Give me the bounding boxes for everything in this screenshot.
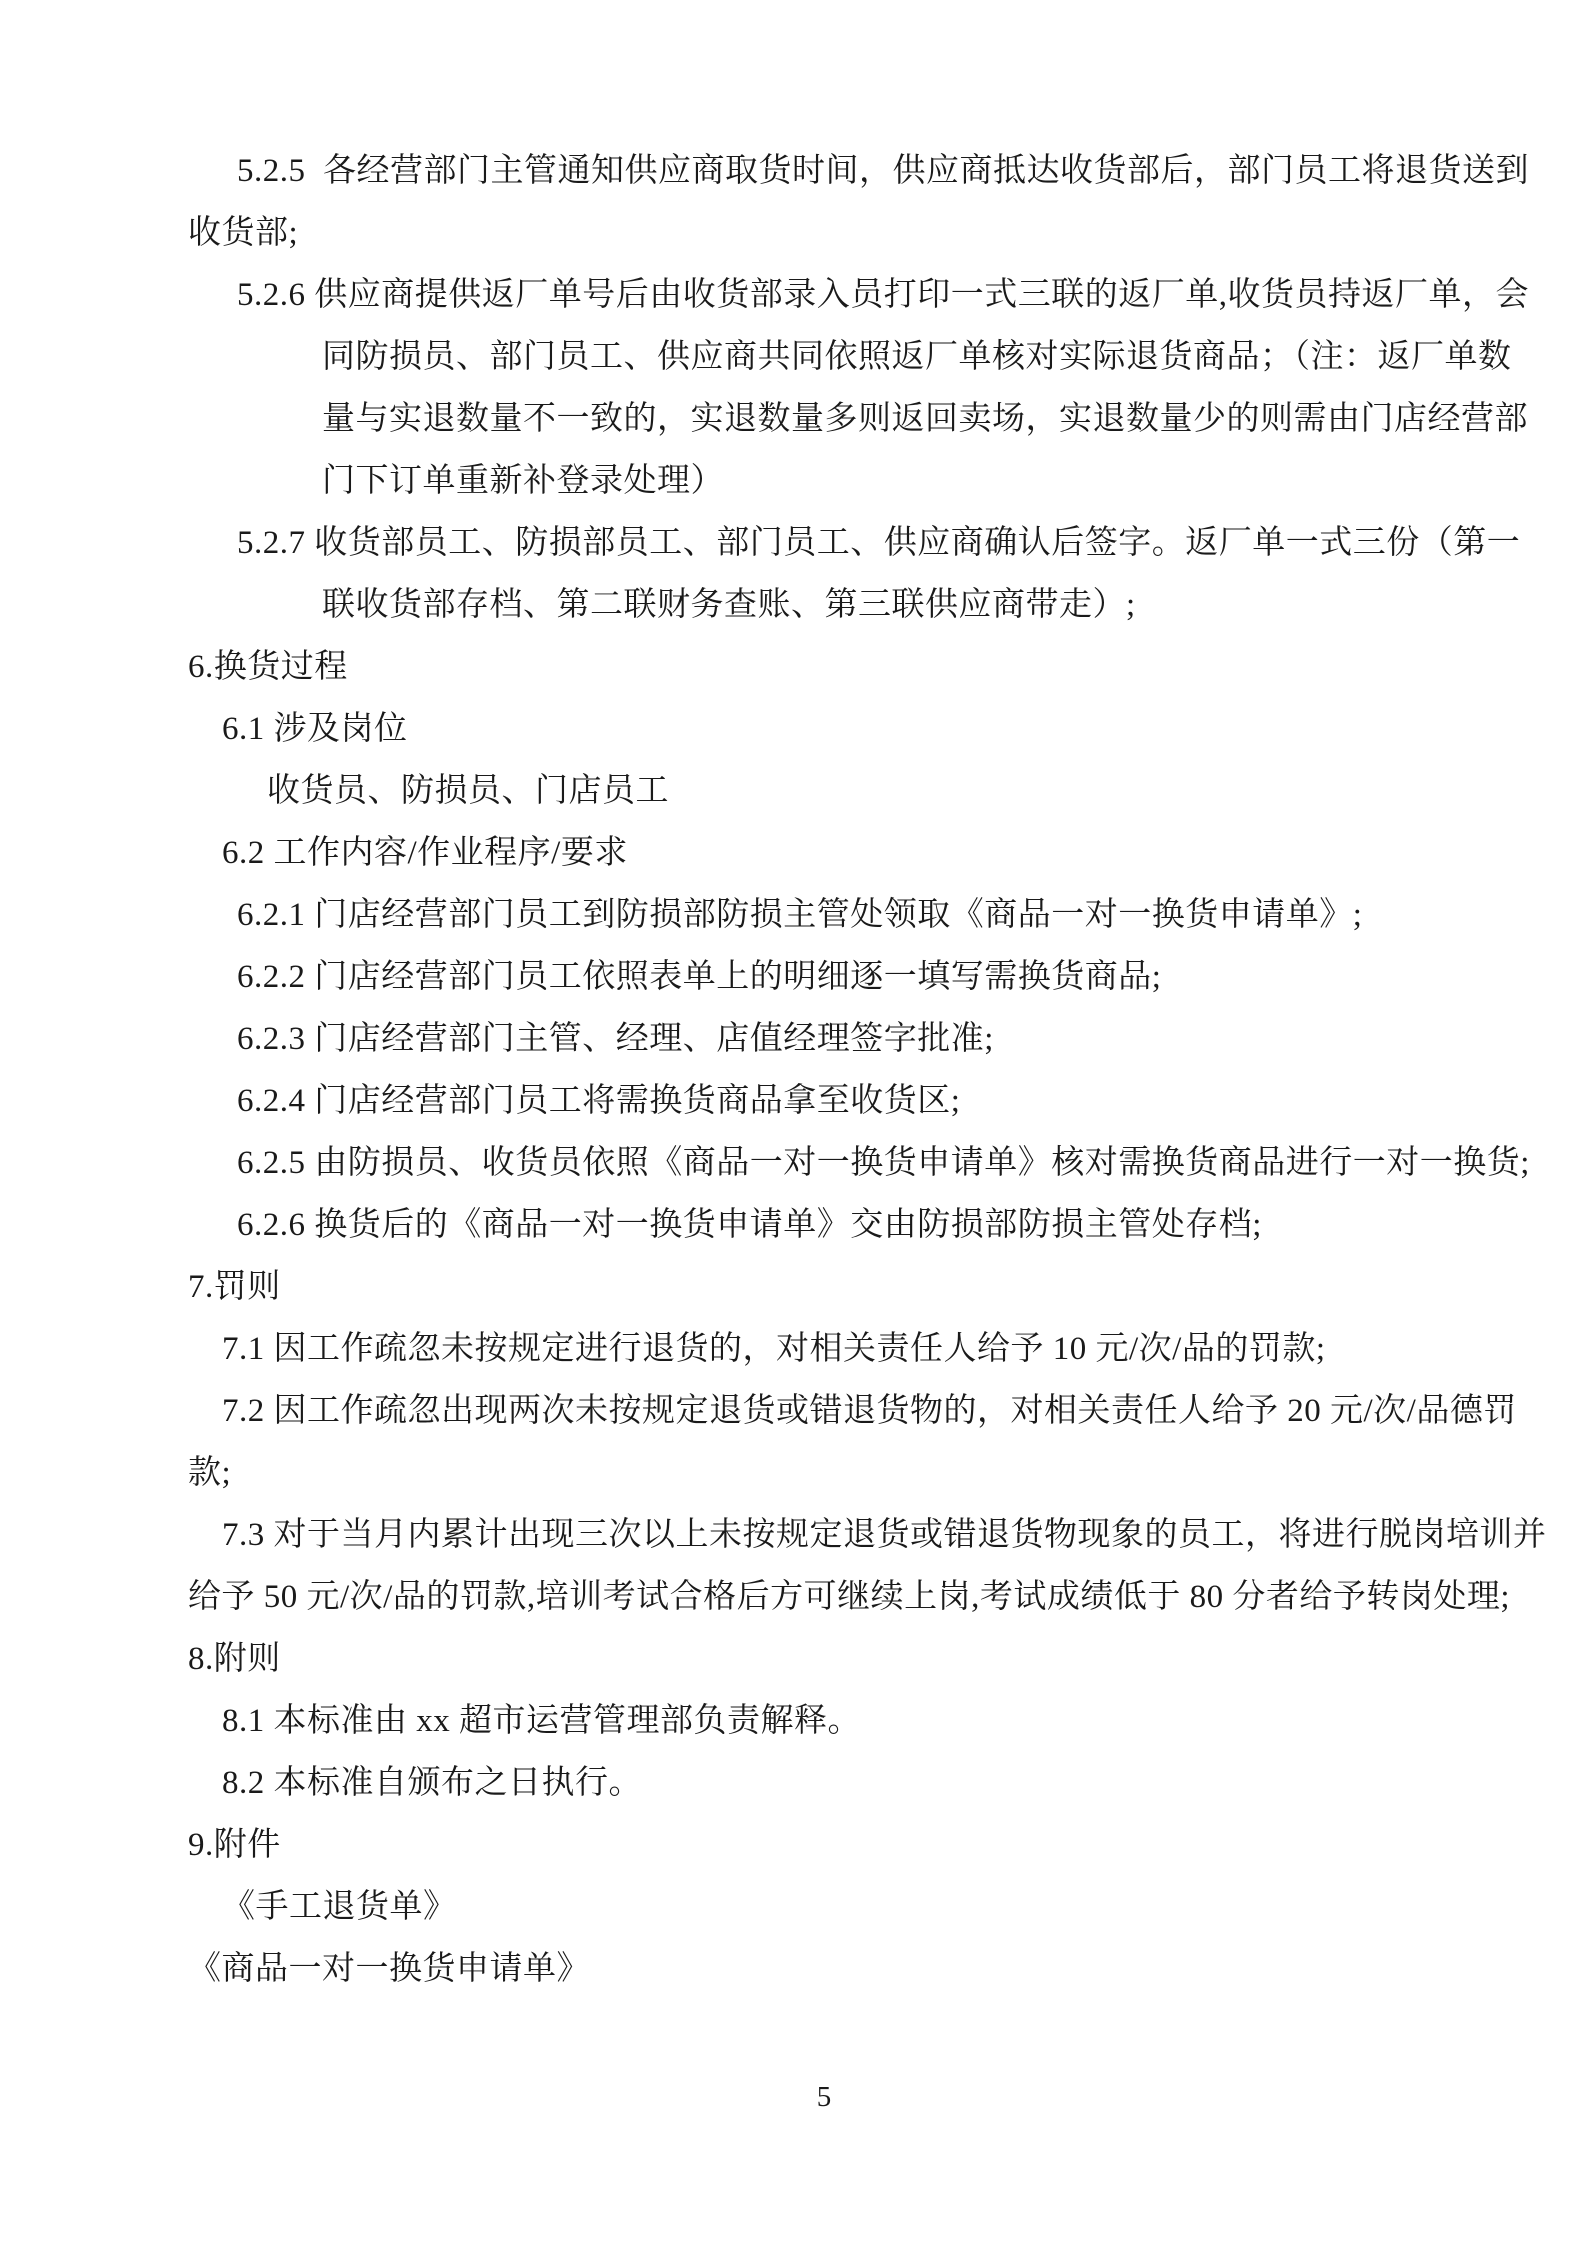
page-number: 5 bbox=[188, 2066, 1460, 2128]
line-5-2-6-cont-2: 量与实退数量不一致的，实退数量多则返回卖场，实退数量少的则需由门店经营部 bbox=[188, 388, 1460, 450]
line-8-1: 8.1 本标准由 xx 超市运营管理部负责解释。 bbox=[188, 1690, 1460, 1752]
line-6-2-3: 6.2.3 门店经营部门主管、经理、店值经理签字批准; bbox=[188, 1008, 1460, 1070]
line-8-2: 8.2 本标准自颁布之日执行。 bbox=[188, 1752, 1460, 1814]
line-5-2-6: 5.2.6 供应商提供返厂单号后由收货部录入员打印一式三联的返厂单,收货员持返厂… bbox=[188, 264, 1460, 326]
line-6-2-1: 6.2.1 门店经营部门员工到防损部防损主管处领取《商品一对一换货申请单》; bbox=[188, 884, 1460, 946]
heading-6-exchange-process: 6.换货过程 bbox=[188, 636, 1460, 698]
attachment-exchange-request-form: 《商品一对一换货申请单》 bbox=[188, 1938, 1460, 2000]
heading-6-2-work-content: 6.2 工作内容/作业程序/要求 bbox=[188, 822, 1460, 884]
document-body: 5.2.5 各经营部门主管通知供应商取货时间，供应商抵达收货部后，部门员工将退货… bbox=[188, 140, 1460, 2000]
line-5-2-5-cont: 收货部; bbox=[188, 202, 1460, 264]
document-page: 5.2.5 各经营部门主管通知供应商取货时间，供应商抵达收货部后，部门员工将退货… bbox=[0, 0, 1587, 2245]
line-6-2-4: 6.2.4 门店经营部门员工将需换货商品拿至收货区; bbox=[188, 1070, 1460, 1132]
attachment-manual-return-form: 《手工退货单》 bbox=[188, 1876, 1460, 1938]
heading-6-1-roles: 6.1 涉及岗位 bbox=[188, 698, 1460, 760]
line-6-1-role-list: 收货员、防损员、门店员工 bbox=[188, 760, 1460, 822]
line-5-2-6-cont-3: 门下订单重新补登录处理） bbox=[188, 450, 1460, 512]
line-5-2-5: 5.2.5 各经营部门主管通知供应商取货时间，供应商抵达收货部后，部门员工将退货… bbox=[188, 140, 1460, 202]
line-7-2-cont: 款; bbox=[188, 1442, 1460, 1504]
line-7-3-cont: 给予 50 元/次/品的罚款,培训考试合格后方可继续上岗,考试成绩低于 80 分… bbox=[188, 1566, 1460, 1628]
line-6-2-2: 6.2.2 门店经营部门员工依照表单上的明细逐一填写需换货商品; bbox=[188, 946, 1460, 1008]
line-7-2: 7.2 因工作疏忽出现两次未按规定退货或错退货物的，对相关责任人给予 20 元/… bbox=[188, 1380, 1460, 1442]
heading-7-penalties: 7.罚则 bbox=[188, 1256, 1460, 1318]
line-7-1: 7.1 因工作疏忽未按规定进行退货的，对相关责任人给予 10 元/次/品的罚款; bbox=[188, 1318, 1460, 1380]
heading-9-attachments: 9.附件 bbox=[188, 1814, 1460, 1876]
line-6-2-5: 6.2.5 由防损员、收货员依照《商品一对一换货申请单》核对需换货商品进行一对一… bbox=[188, 1132, 1460, 1194]
heading-8-supplementary: 8.附则 bbox=[188, 1628, 1460, 1690]
line-6-2-6: 6.2.6 换货后的《商品一对一换货申请单》交由防损部防损主管处存档; bbox=[188, 1194, 1460, 1256]
line-5-2-7: 5.2.7 收货部员工、防损部员工、部门员工、供应商确认后签字。返厂单一式三份（… bbox=[188, 512, 1460, 574]
line-7-3: 7.3 对于当月内累计出现三次以上未按规定退货或错退货物现象的员工，将进行脱岗培… bbox=[188, 1504, 1460, 1566]
line-5-2-7-cont: 联收货部存档、第二联财务查账、第三联供应商带走）; bbox=[188, 574, 1460, 636]
line-5-2-6-cont-1: 同防损员、部门员工、供应商共同依照返厂单核对实际退货商品；（注：返厂单数 bbox=[188, 326, 1460, 388]
